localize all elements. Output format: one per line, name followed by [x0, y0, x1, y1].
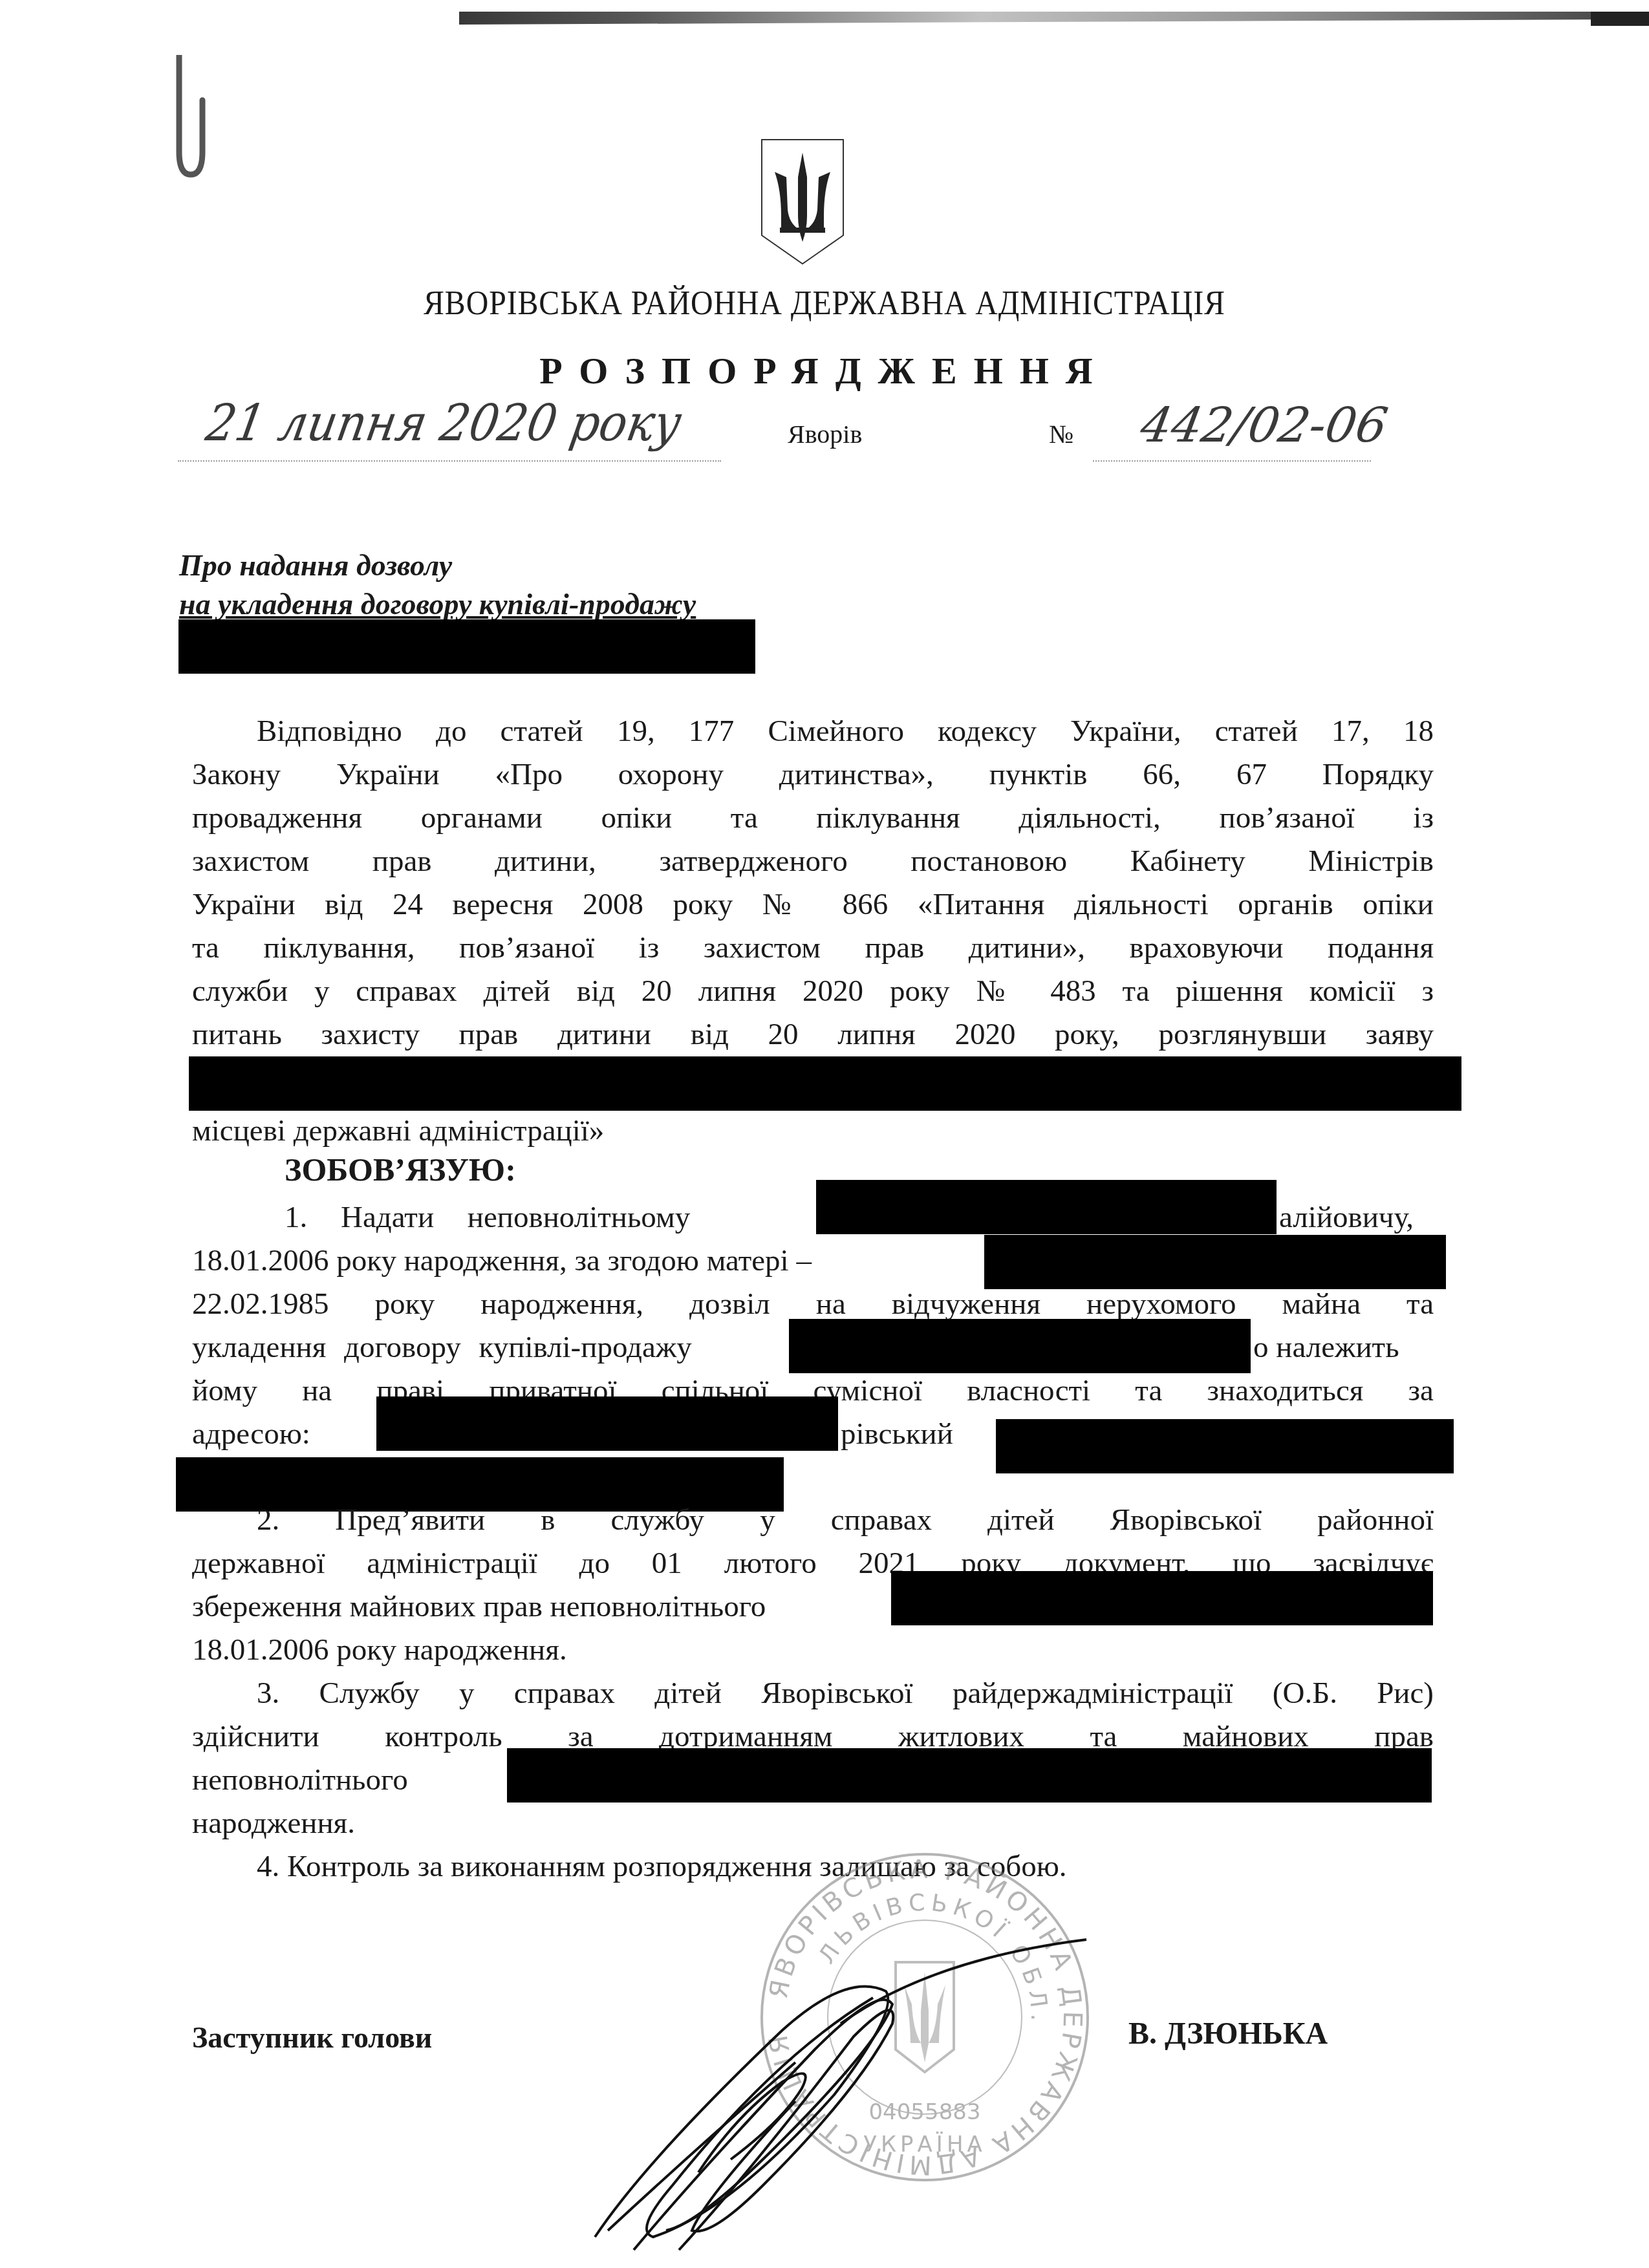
item-1-text: о належить — [1253, 1326, 1399, 1369]
item-2-text: 18.01.2006 року народження. — [192, 1629, 1434, 1672]
preamble-line: захистом прав дитини, затвердженого пост… — [192, 840, 1434, 883]
document-type: РОЗПОРЯДЖЕННЯ — [0, 349, 1649, 392]
preamble-line: питань захисту прав дитини від 20 липня … — [192, 1013, 1434, 1056]
signatory-name: В. ДЗЮНЬКА — [1128, 2016, 1328, 2051]
redaction-block — [189, 1056, 1461, 1111]
redaction-block — [816, 1180, 1277, 1234]
redaction-block — [789, 1319, 1251, 1373]
handwritten-signature-icon — [569, 1927, 1203, 2263]
organization-name: ЯВОРІВСЬКА РАЙОННА ДЕРЖАВНА АДМІНІСТРАЦІ… — [66, 284, 1583, 323]
item-3-text: неповнолітнього — [192, 1759, 408, 1802]
redaction-block — [507, 1748, 1432, 1803]
city: Яворів — [788, 419, 862, 449]
signatory-position: Заступник голови — [192, 2020, 432, 2055]
subject-line-1: Про надання дозволу — [179, 546, 452, 585]
item-3-text: 3. Службу у справах дітей Яворівської ра… — [192, 1672, 1434, 1715]
redaction-block — [178, 619, 755, 674]
document-date: 21 липня 2020 року — [202, 394, 685, 453]
item-1-text: укладення договору купівлі-продажу — [192, 1326, 692, 1369]
item-1-text: рівський — [841, 1413, 953, 1456]
preamble-line: та піклування, пов’язаної із захистом пр… — [192, 926, 1434, 970]
date-underline — [178, 460, 721, 462]
preamble-line: України від 24 вересня 2008 року № 866 «… — [192, 883, 1434, 926]
redaction-block — [996, 1419, 1454, 1473]
item-1-text: адресою: — [192, 1413, 310, 1456]
redaction-block — [376, 1396, 838, 1451]
subject-line-2: на укладення договору купівлі-продажу — [179, 585, 696, 624]
document-number: 442/02-06 — [1136, 398, 1392, 453]
obligate-heading: ЗОБОВ’ЯЗУЮ: — [285, 1151, 516, 1188]
redaction-block — [891, 1571, 1433, 1625]
preamble-line: служби у справах дітей від 20 липня 2020… — [192, 970, 1434, 1013]
redaction-block — [984, 1235, 1446, 1289]
trident-icon — [760, 138, 845, 265]
preamble-line: Закону України «Про охорону дитинства», … — [192, 753, 1434, 797]
item-2-text: збереження майнових прав неповнолітнього — [192, 1585, 766, 1629]
scan-edge-artifact — [459, 12, 1617, 25]
item-1-text: алійовичу, — [1279, 1196, 1414, 1239]
item-1-text: 1. Надати неповнолітньому — [285, 1196, 690, 1239]
preamble-line: Відповідно до статей 19, 177 Сімейного к… — [192, 710, 1434, 753]
paperclip-mark-icon — [165, 55, 236, 178]
item-3-text: народження. — [192, 1802, 1434, 1845]
preamble-line: місцеві державні адміністрації» — [192, 1109, 1434, 1153]
preamble-line: провадження органами опіки та піклування… — [192, 797, 1434, 840]
item-1-text: 18.01.2006 року народження, за згодою ма… — [192, 1239, 812, 1283]
number-underline — [1093, 460, 1371, 462]
number-sign: № — [1049, 419, 1073, 449]
item-2-text: 2. Пред’явити в службу у справах дітей Я… — [192, 1499, 1434, 1542]
scan-edge-artifact — [1591, 12, 1649, 26]
